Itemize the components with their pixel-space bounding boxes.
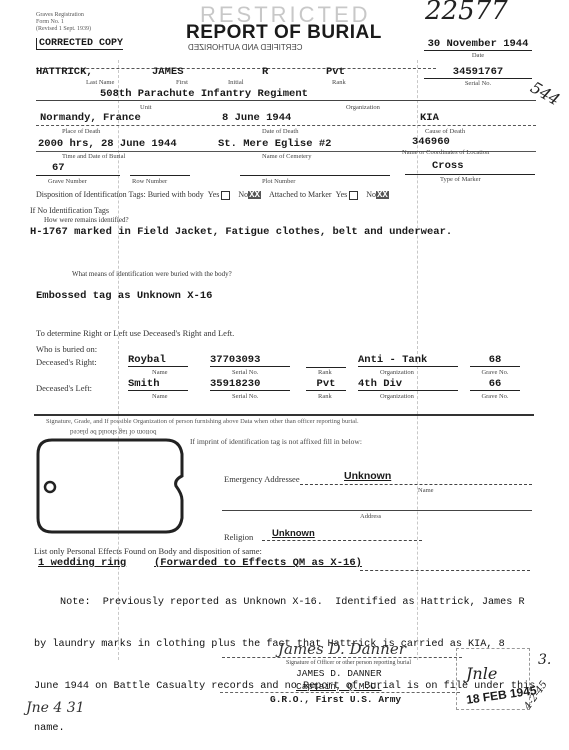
serial-no-value: 34591767: [424, 66, 532, 79]
grave-number-value: 67: [52, 162, 65, 174]
signature-line: [222, 657, 462, 658]
plot-number-line: [240, 175, 390, 176]
attached-yes-label: Yes: [336, 190, 348, 199]
corrected-copy-label: CORRECTED COPY: [36, 38, 123, 50]
report-date: 30 November 1944: [424, 38, 532, 51]
signature-note: Signature, Grade, and If possible Organi…: [46, 418, 486, 425]
effects-label: List only Personal Effects Found on Body…: [34, 546, 262, 556]
left-org-label: Organization: [380, 393, 414, 400]
right-grave-value: 68: [470, 354, 520, 367]
marker-type-value: Cross: [432, 160, 464, 172]
right-rank-value: [306, 354, 346, 368]
left-grave-value: 66: [470, 378, 520, 391]
fill-note: If imprint of identification tag is not …: [190, 437, 362, 446]
right-serial-label: Serial No.: [232, 369, 258, 376]
officer-line: [220, 692, 460, 693]
buried-no-label: No: [238, 190, 248, 199]
emergency-line: [300, 484, 532, 485]
left-rank-value: Pvt: [306, 378, 346, 391]
right-org-label: Organization: [380, 369, 414, 376]
last-name-value: HATTRICK,: [36, 66, 93, 78]
left-rank-label: Rank: [318, 393, 332, 400]
left-side-label: Deceased's Left:: [36, 383, 92, 393]
mirrored-note: bottom of tag should be placed: [70, 428, 157, 436]
grave-number-label: Grave Number: [48, 178, 87, 185]
dog-tag-outline-icon: [34, 436, 186, 536]
adjacent-instruction: To determine Right or Left use Deceased'…: [36, 328, 234, 338]
coordinates-value: 346960: [412, 136, 450, 148]
handwritten-signature: James D. Danner: [278, 640, 406, 658]
coordinates-label: Name or Coordinates of Location: [402, 149, 489, 156]
burial-time-label: Time and Date of Burial: [62, 153, 125, 160]
left-serial-label: Serial No.: [232, 393, 258, 400]
unit-label: Unit: [140, 104, 152, 111]
page-title: REPORT OF BURIAL: [186, 22, 382, 44]
emergency-label: Emergency Addressee: [224, 474, 300, 484]
tags-disposition-label: Disposition of Identification Tags: Buri…: [36, 190, 204, 199]
address-label: Address: [360, 513, 381, 520]
name-line: [36, 68, 436, 69]
who-buried-label: Who is buried on:: [36, 344, 97, 354]
margin-mark: 3.: [538, 652, 551, 668]
unit-line: [36, 100, 536, 101]
right-name-value: Roybal: [128, 354, 188, 367]
form-info-line: (Revised 1 Sept. 1939): [36, 26, 91, 33]
unit-value: 508th Parachute Infantry Regiment: [100, 88, 308, 100]
right-name-label: Name: [152, 369, 168, 376]
attached-yes-checkbox[interactable]: [349, 191, 358, 200]
date-of-death-value: 8 June 1944: [222, 112, 291, 124]
rank-value: Pvt: [326, 66, 345, 78]
emergency-value: Unknown: [344, 470, 391, 482]
emergency-name-label: Name: [418, 487, 434, 494]
cause-of-death-label: Cause of Death: [425, 128, 465, 135]
row-number-label: Row Number: [132, 178, 167, 185]
officer-name: JAMES D. DANNER: [296, 668, 382, 679]
initial-value: R: [262, 66, 268, 78]
section-divider: [34, 414, 534, 416]
organization-label: Organization: [346, 104, 380, 111]
row-number-line: [130, 175, 190, 176]
place-of-death-value: Normandy, France: [40, 112, 141, 124]
left-name-label: Name: [152, 393, 168, 400]
means-label: What means of identification were buried…: [72, 270, 232, 278]
first-name-label: First: [176, 79, 188, 86]
left-serial-value: 35918230: [210, 378, 290, 391]
right-grave-label: Grave No.: [470, 369, 520, 376]
bottom-left-handwriting: Jne 4 31: [26, 700, 85, 716]
form-info: Graves Registration Form No. 1 (Revised …: [36, 12, 91, 33]
note-line: name.: [34, 722, 535, 736]
left-org-value: 4th Div: [358, 378, 458, 391]
plot-number-label: Plot Number: [262, 178, 295, 185]
attached-label: Attached to Marker: [269, 190, 332, 199]
form-info-line: Graves Registration: [36, 12, 91, 19]
tags-disposition: Disposition of Identification Tags: Buri…: [36, 190, 389, 200]
first-name-value: JAMES: [152, 66, 184, 78]
signature-label: Signature of Officer or other person rep…: [286, 660, 411, 666]
buried-no-checkbox-checked[interactable]: XX: [248, 191, 261, 199]
right-rank-label: Rank: [318, 369, 332, 376]
religion-line: [262, 540, 422, 541]
note-line: Note: Previously reported as Unknown X-1…: [34, 596, 535, 610]
cause-of-death-value: KIA: [420, 112, 439, 124]
cemetery-value: St. Mere Eglise #2: [218, 138, 331, 150]
address-line: [222, 510, 532, 511]
attached-no-label: No: [366, 190, 376, 199]
right-org-value: Anti - Tank: [358, 354, 458, 367]
cemetery-label: Name of Cemetery: [262, 153, 311, 160]
left-grave-label: Grave No.: [470, 393, 520, 400]
last-name-label: Last Name: [86, 79, 114, 86]
buried-yes-checkbox[interactable]: [221, 191, 230, 200]
religion-label: Religion: [224, 532, 253, 542]
serial-no-label: Serial No.: [424, 80, 532, 87]
marker-line: [405, 174, 535, 175]
margin-number: 544: [527, 78, 563, 110]
attached-no-checkbox-checked[interactable]: XX: [376, 191, 389, 199]
right-serial-value: 37703093: [210, 354, 290, 367]
left-name-value: Smith: [128, 378, 188, 391]
officer-title: Captain, Q.M.C.: [296, 681, 382, 692]
date-label: Date: [424, 52, 532, 59]
date-of-death-label: Date of Death: [262, 128, 298, 135]
how-identified-value: H-1767 marked in Field Jacket, Fatigue c…: [30, 226, 452, 238]
marker-type-label: Type of Marker: [440, 176, 481, 183]
place-line: [36, 125, 536, 126]
case-number: 22577: [425, 0, 508, 26]
buried-yes-label: Yes: [208, 190, 220, 199]
rank-label: Rank: [332, 79, 346, 86]
religion-value: Unknown: [272, 528, 315, 539]
officer-unit: G.R.O., First U.S. Army: [270, 694, 401, 705]
means-value: Embossed tag as Unknown X-16: [36, 290, 212, 302]
burial-time-value: 2000 hrs, 28 June 1944: [38, 138, 177, 150]
how-identified-label: How were remains identified?: [44, 216, 129, 224]
mirrored-subtitle: CERTIFIED AND AUTHORIZED: [188, 43, 303, 52]
handwritten-initials: Jnle: [466, 664, 497, 683]
initial-label: Initial: [228, 79, 244, 86]
no-tags-label: If No Identification Tags: [30, 206, 109, 215]
right-side-label: Deceased's Right:: [36, 357, 97, 367]
place-of-death-label: Place of Death: [62, 128, 100, 135]
grave-number-line: [36, 175, 120, 176]
form-info-line: Form No. 1: [36, 19, 91, 26]
